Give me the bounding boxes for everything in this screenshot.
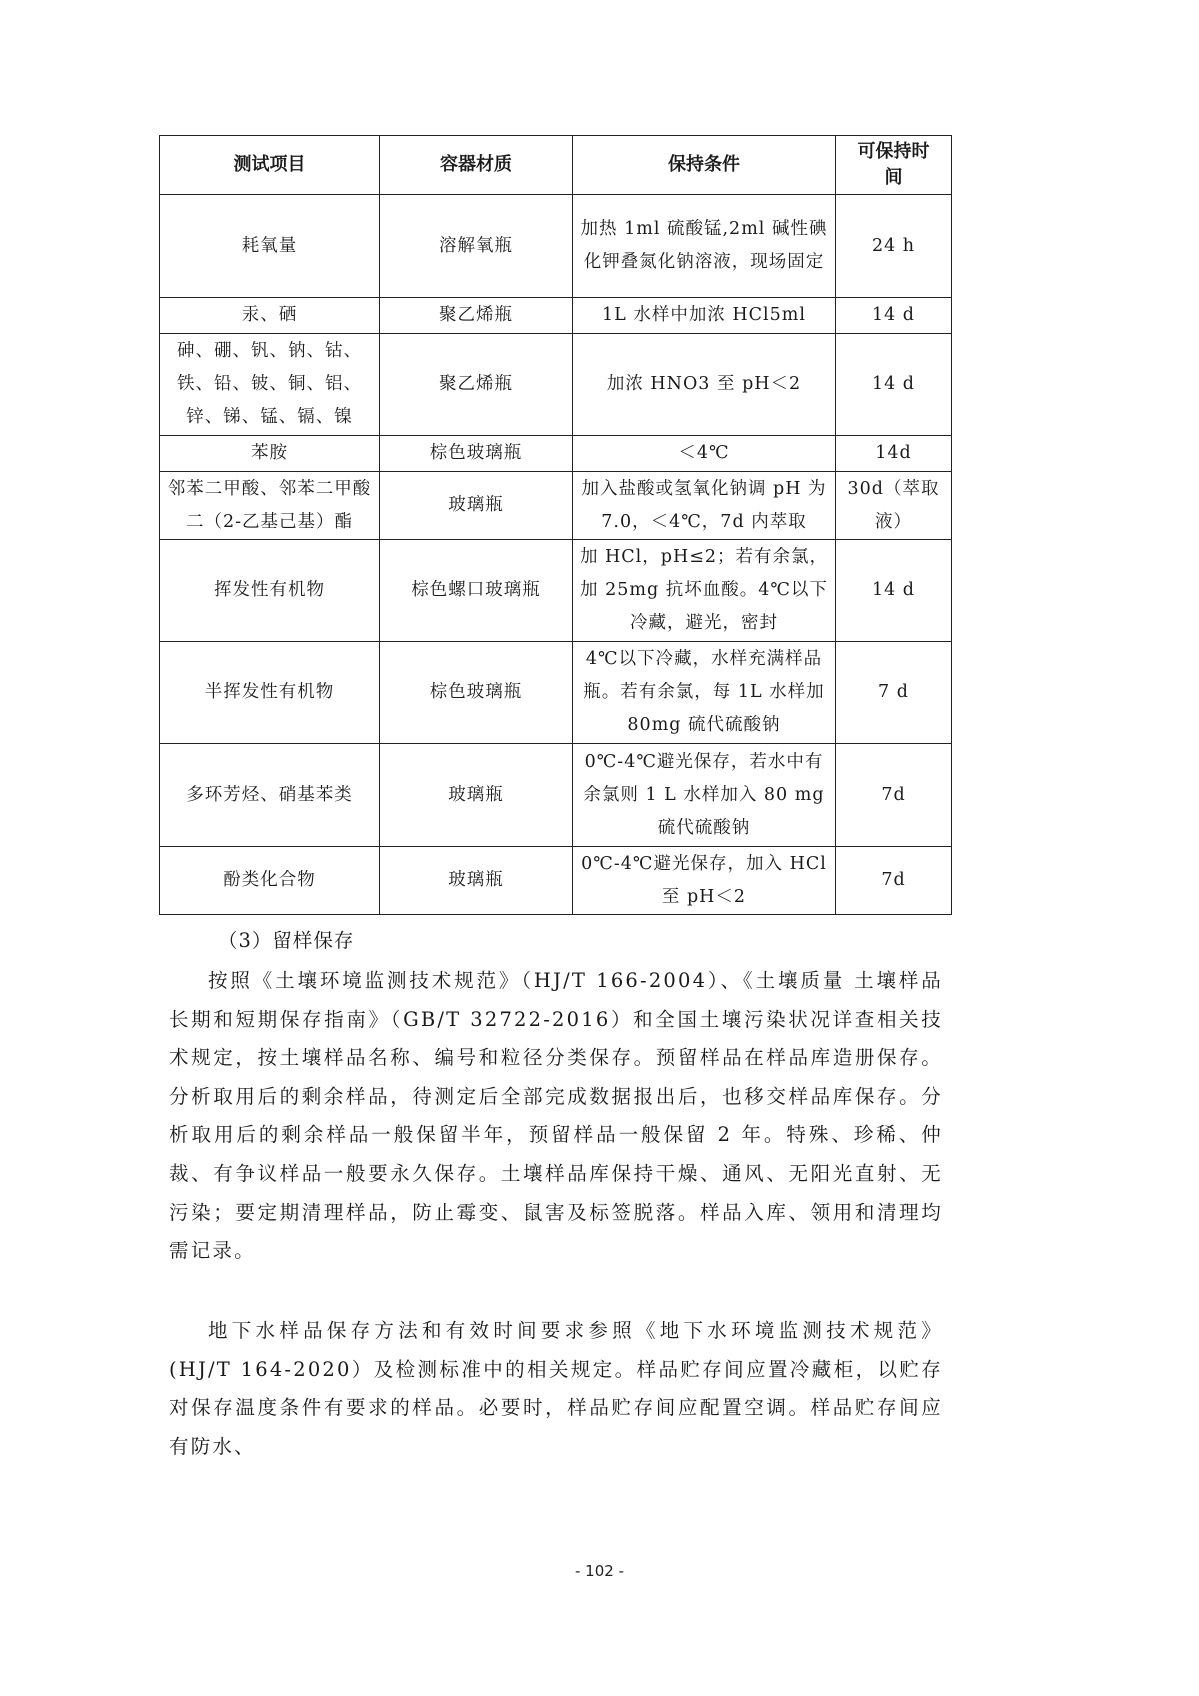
cell-item: 邻苯二甲酸、邻苯二甲酸二（2-乙基己基）酯 [160, 472, 380, 540]
table-row: 酚类化合物 玻璃瓶 0℃-4℃避光保存，加入 HCl 至 pH＜2 7d [160, 847, 952, 915]
header-duration: 可保持时间 [836, 136, 952, 195]
table-row: 汞、硒 聚乙烯瓶 1L 水样中加浓 HCl5ml 14 d [160, 298, 952, 334]
cell-container: 棕色螺口玻璃瓶 [380, 540, 573, 642]
cell-item: 砷、硼、钒、钠、钴、铁、铅、铍、铜、铝、锌、锑、锰、镉、镍 [160, 334, 380, 436]
cell-condition: ＜4℃ [573, 436, 836, 472]
cell-item: 挥发性有机物 [160, 540, 380, 642]
cell-condition: 加热 1ml 硫酸锰,2ml 碱性碘化钾叠氮化钠溶液，现场固定 [573, 195, 836, 298]
page-number: - 102 - [0, 1562, 1199, 1580]
table-row: 多环芳烃、硝基苯类 玻璃瓶 0℃-4℃避光保存，若水中有余氯则 1 L 水样加入… [160, 744, 952, 847]
cell-item: 半挥发性有机物 [160, 642, 380, 744]
cell-item: 汞、硒 [160, 298, 380, 334]
cell-item: 耗氧量 [160, 195, 380, 298]
cell-container: 溶解氧瓶 [380, 195, 573, 298]
cell-duration: 7 d [836, 642, 952, 744]
cell-container: 棕色玻璃瓶 [380, 642, 573, 744]
cell-container: 玻璃瓶 [380, 847, 573, 915]
cell-item: 多环芳烃、硝基苯类 [160, 744, 380, 847]
cell-condition: 1L 水样中加浓 HCl5ml [573, 298, 836, 334]
cell-duration: 7d [836, 744, 952, 847]
section-heading: （3）留样保存 [218, 922, 354, 960]
cell-condition: 加入盐酸或氢氧化钠调 pH 为 7.0，＜4℃，7d 内萃取 [573, 472, 836, 540]
cell-container: 玻璃瓶 [380, 472, 573, 540]
header-test-item: 测试项目 [160, 136, 380, 195]
document-page: 测试项目 容器材质 保持条件 可保持时间 耗氧量 溶解氧瓶 加热 1ml 硫酸锰… [0, 0, 1199, 1696]
cell-duration: 24 h [836, 195, 952, 298]
table-row: 挥发性有机物 棕色螺口玻璃瓶 加 HCl，pH≤2；若有余氯，加 25mg 抗坏… [160, 540, 952, 642]
header-container: 容器材质 [380, 136, 573, 195]
cell-condition: 加浓 HNO3 至 pH＜2 [573, 334, 836, 436]
cell-container: 聚乙烯瓶 [380, 298, 573, 334]
cell-duration: 14 d [836, 298, 952, 334]
table-row: 苯胺 棕色玻璃瓶 ＜4℃ 14d [160, 436, 952, 472]
cell-condition: 0℃-4℃避光保存，加入 HCl 至 pH＜2 [573, 847, 836, 915]
body-paragraph: 按照《土壤环境监测技术规范》（HJ/T 166-2004）、《土壤质量 土壤样品… [169, 962, 943, 1271]
cell-container: 聚乙烯瓶 [380, 334, 573, 436]
cell-duration: 14 d [836, 540, 952, 642]
table-row: 邻苯二甲酸、邻苯二甲酸二（2-乙基己基）酯 玻璃瓶 加入盐酸或氢氧化钠调 pH … [160, 472, 952, 540]
table-header-row: 测试项目 容器材质 保持条件 可保持时间 [160, 136, 952, 195]
table-row: 半挥发性有机物 棕色玻璃瓶 4℃以下冷藏，水样充满样品瓶。若有余氯，每 1L 水… [160, 642, 952, 744]
cell-condition: 加 HCl，pH≤2；若有余氯，加 25mg 抗坏血酸。4℃以下冷藏，避光，密封 [573, 540, 836, 642]
cell-condition: 0℃-4℃避光保存，若水中有余氯则 1 L 水样加入 80 mg 硫代硫酸钠 [573, 744, 836, 847]
table-row: 砷、硼、钒、钠、钴、铁、铅、铍、铜、铝、锌、锑、锰、镉、镍 聚乙烯瓶 加浓 HN… [160, 334, 952, 436]
cell-item: 苯胺 [160, 436, 380, 472]
sample-preservation-table: 测试项目 容器材质 保持条件 可保持时间 耗氧量 溶解氧瓶 加热 1ml 硫酸锰… [159, 135, 952, 915]
header-condition: 保持条件 [573, 136, 836, 195]
cell-container: 棕色玻璃瓶 [380, 436, 573, 472]
cell-duration: 14d [836, 436, 952, 472]
body-paragraph: 地下水样品保存方法和有效时间要求参照《地下水环境监测技术规范》(HJ/T 164… [169, 1312, 943, 1466]
cell-duration: 14 d [836, 334, 952, 436]
cell-condition: 4℃以下冷藏，水样充满样品瓶。若有余氯，每 1L 水样加 80mg 硫代硫酸钠 [573, 642, 836, 744]
cell-duration: 30d（萃取液） [836, 472, 952, 540]
cell-container: 玻璃瓶 [380, 744, 573, 847]
table-row: 耗氧量 溶解氧瓶 加热 1ml 硫酸锰,2ml 碱性碘化钾叠氮化钠溶液，现场固定… [160, 195, 952, 298]
cell-item: 酚类化合物 [160, 847, 380, 915]
cell-duration: 7d [836, 847, 952, 915]
